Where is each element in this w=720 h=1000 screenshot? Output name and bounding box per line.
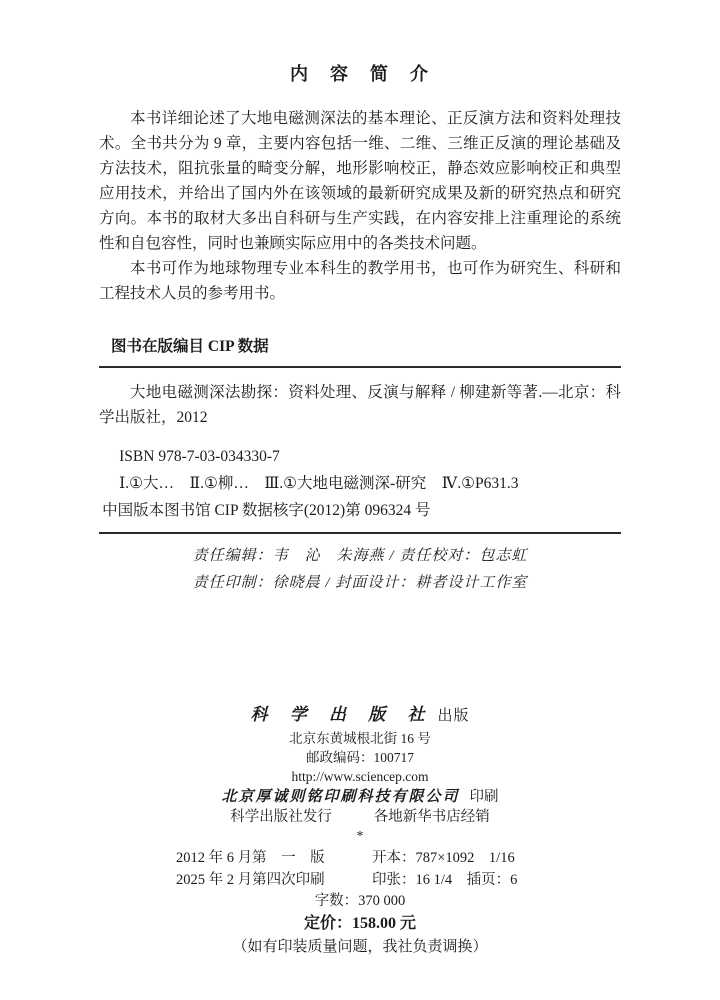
distributor-bookstores: 各地新华书店经销 (374, 809, 490, 825)
copyright-page: 内 容 简 介 本书详细论述了大地电磁测深法的基本理论、正反演方法和资料处理技术… (0, 0, 720, 1000)
publisher-postcode: 邮政编码：100717 (0, 748, 720, 767)
divider-rule-bottom (99, 532, 621, 534)
cip-book-description: 大地电磁测深法勘探：资料处理、反演与解释 / 柳建新等著.—北京：科学出版社，2… (99, 380, 621, 430)
edition-date: 2012 年 6 月第 一 版 (176, 847, 372, 869)
divider-rule-top (99, 366, 621, 368)
cip-heading: 图书在版编目 CIP 数据 (99, 334, 621, 356)
printer-role-label: 印刷 (470, 789, 499, 805)
staff-credits: 责任编辑：韦 沁 朱海燕 / 责任校对：包志虹 责任印制：徐晓晨 / 封面设计：… (99, 543, 621, 597)
page-title: 内 容 简 介 (99, 60, 621, 86)
intro-paragraph-2: 本书可作为地球物理专业本科生的教学用书，也可作为研究生、科研和工程技术人员的参考… (99, 256, 621, 306)
printer-line: 北京厚诚则铭印刷科技有限公司 印刷 (0, 787, 720, 807)
word-count-line: 字数：370 000 (0, 891, 720, 912)
cip-categories-line: Ⅰ.①大… Ⅱ.①柳… Ⅲ.①大地电磁测深-研究 Ⅳ.①P631.3 (99, 471, 621, 496)
credits-printing-line: 责任印制：徐晓晨 / 封面设计：耕者设计工作室 (99, 570, 621, 597)
publisher-website: http://www.sciencep.com (0, 767, 720, 786)
sheets-spec: 印张：16 1/4 插页：6 (372, 869, 544, 891)
cip-data-block: 图书在版编目 CIP 数据 大地电磁测深法勘探：资料处理、反演与解释 / 柳建新… (99, 334, 621, 534)
printing-spec-row: 2025 年 2 月第四次印刷 印张：16 1/4 插页：6 (176, 869, 544, 891)
credits-editors-line: 责任编辑：韦 沁 朱海燕 / 责任校对：包志虹 (99, 543, 621, 570)
intro-paragraph-1: 本书详细论述了大地电磁测深法的基本理论、正反演方法和资料处理技术。全书共分为 9… (99, 106, 621, 256)
printer-company-name: 北京厚诚则铭印刷科技有限公司 (221, 789, 459, 805)
edition-spec-row: 2012 年 6 月第 一 版 开本：787×1092 1/16 (176, 847, 544, 869)
printing-date: 2025 年 2 月第四次印刷 (176, 869, 372, 891)
format-spec: 开本：787×1092 1/16 (372, 847, 544, 869)
main-content: 内 容 简 介 本书详细论述了大地电磁测深法的基本理论、正反演方法和资料处理技术… (99, 0, 621, 597)
publishing-colophon: 科 学 出 版 社 出版 北京东黄城根北街 16 号 邮政编码：100717 h… (0, 702, 720, 960)
price-line: 定价：158.00 元 (0, 912, 720, 935)
publisher-logo-name: 科 学 出 版 社 (250, 705, 433, 724)
book-introduction: 本书详细论述了大地电磁测深法的基本理论、正反演方法和资料处理技术。全书共分为 9… (99, 106, 621, 306)
cip-record-number-line: 中国版本图书馆 CIP 数据核字(2012)第 096324 号 (99, 498, 621, 523)
publisher-role-label: 出版 (437, 708, 469, 724)
publisher-address: 北京东黄城根北街 16 号 (0, 729, 720, 748)
quality-note-line: （如有印装质量问题，我社负责调换） (0, 935, 720, 960)
distribution-line: 科学出版社发行各地新华书店经销 (0, 807, 720, 827)
isbn-line: ISBN 978-7-03-034330-7 (99, 444, 621, 469)
distributor-publisher: 科学出版社发行 (230, 809, 332, 825)
asterisk-divider: * (0, 827, 720, 847)
publisher-line: 科 学 出 版 社 出版 (0, 702, 720, 729)
